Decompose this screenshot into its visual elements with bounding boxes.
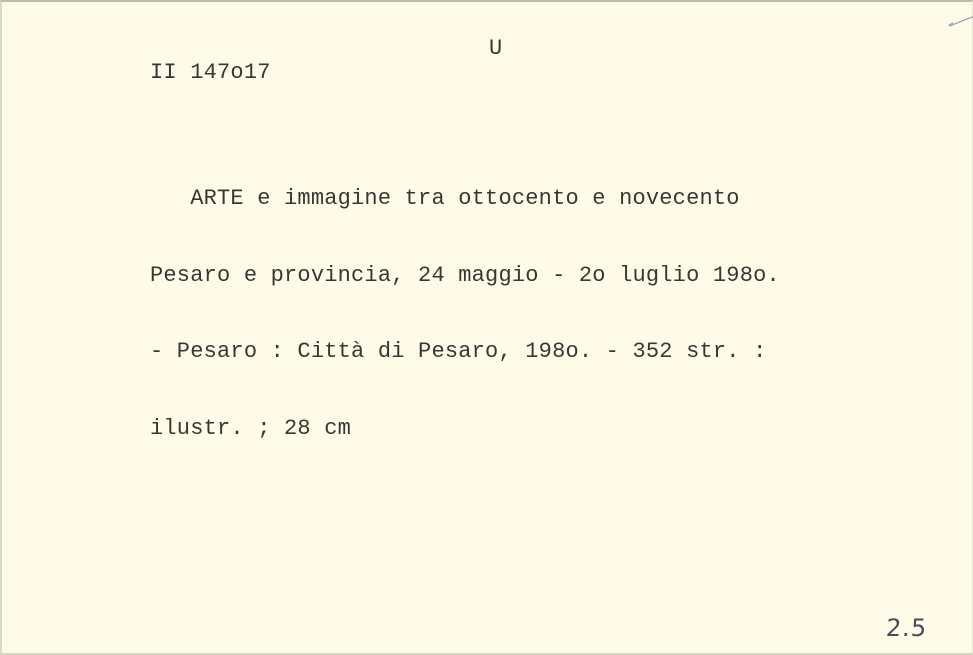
entry-title-line: ARTE e immagine tra ottocento e novecent… <box>150 186 780 212</box>
entry-subtitle-line: Pesaro e provincia, 24 maggio - 2o lugli… <box>150 263 780 289</box>
bibliographic-entry: ARTE e immagine tra ottocento e novecent… <box>150 135 780 492</box>
handwritten-note: 2.5 <box>885 614 928 642</box>
location-mark: U <box>489 36 502 61</box>
pencil-check-mark-icon <box>947 14 973 28</box>
entry-publication-line: - Pesaro : Città di Pesaro, 198o. - 352 … <box>150 339 780 365</box>
call-number: II 147o17 <box>150 60 271 85</box>
entry-physical-description-line: ilustr. ; 28 cm <box>150 416 780 442</box>
catalog-card: U II 147o17 ARTE e immagine tra ottocent… <box>0 0 973 655</box>
